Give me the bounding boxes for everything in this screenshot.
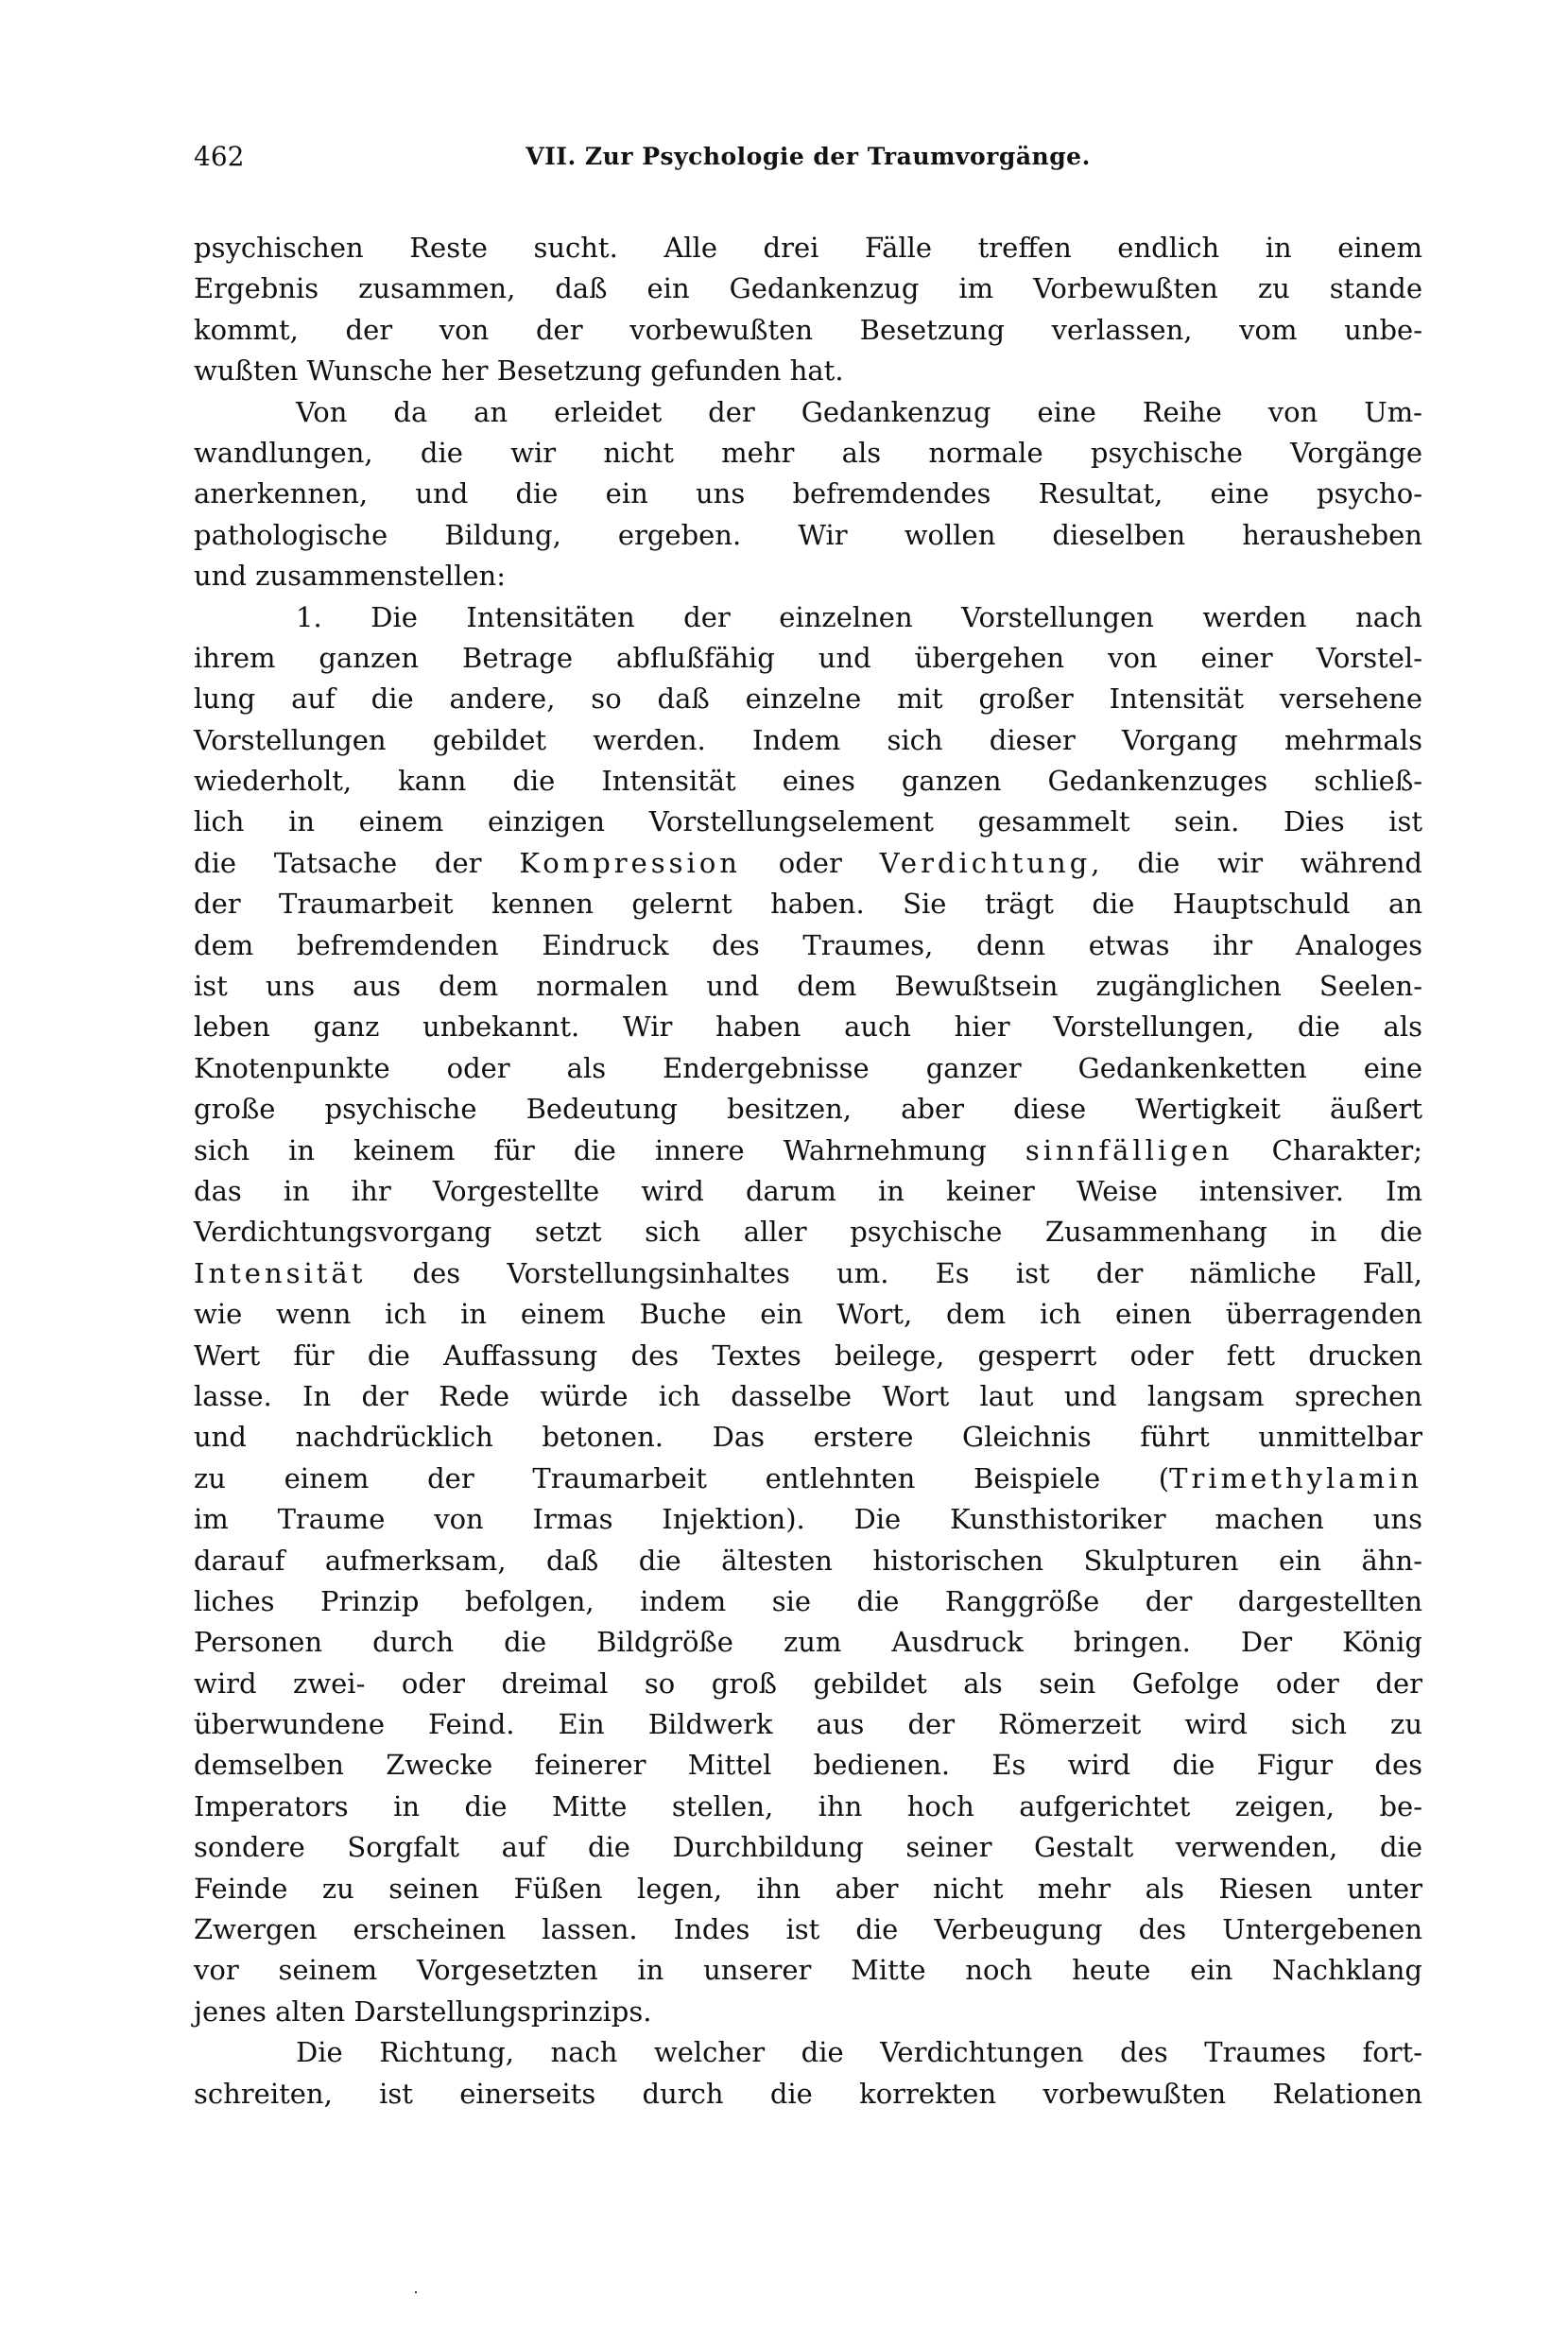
text-span: sondere Sorgfalt auf die Durchbildung se… <box>194 1831 1422 1863</box>
text-line: ihrem ganzen Betrage abflußfähig und übe… <box>194 638 1422 679</box>
text-line: Wert für die Auffassung des Textes beile… <box>194 1336 1422 1376</box>
text-span: und zusammenstellen: <box>194 560 506 592</box>
text-line: wandlungen, die wir nicht mehr als norma… <box>194 433 1422 474</box>
text-span: lung auf die andere, so daß einzelne mit… <box>194 682 1422 715</box>
text-line: Ergebnis zusammen, daß ein Gedankenzug i… <box>194 268 1422 309</box>
spaced-emphasis: sinnfälligen <box>1025 1134 1233 1166</box>
text-span: Personen durch die Bildgröße zum Ausdruc… <box>194 1626 1422 1658</box>
text-span: große psychische Bedeutung besitzen, abe… <box>194 1093 1422 1125</box>
text-line: lung auf die andere, so daß einzelne mit… <box>194 679 1422 719</box>
text-span: darauf aufmerksam, daß die ältesten hist… <box>194 1545 1422 1577</box>
text-span: wußten Wunsche her Besetzung gefunden ha… <box>194 354 844 387</box>
text-span: , die wir während <box>1091 847 1422 879</box>
text-span: Imperators in die Mitte stellen, ihn hoc… <box>194 1790 1422 1822</box>
text-line: pathologische Bildung, ergeben. Wir woll… <box>194 515 1422 556</box>
text-span: wiederholt, kann die Intensität eines ga… <box>194 765 1422 797</box>
text-line: jenes alten Darstellungsprinzips. <box>194 1992 1422 2032</box>
spaced-emphasis: Verdichtung <box>880 847 1092 879</box>
text-span: schreiten, ist einerseits durch die korr… <box>194 2078 1422 2110</box>
text-line: kommt, der von der vorbewußten Besetzung… <box>194 310 1422 351</box>
text-span: sich in keinem für die innere Wahrnehmun… <box>194 1134 1025 1166</box>
text-line: im Traume von Irmas Injektion). Die Kuns… <box>194 1499 1422 1540</box>
text-line: das in ihr Vorgestellte wird darum in ke… <box>194 1171 1422 1212</box>
text-span: Zwergen erscheinen lassen. Indes ist die… <box>194 1913 1422 1945</box>
text-line: demselben Zwecke feinerer Mittel bediene… <box>194 1745 1422 1786</box>
text-span: im Traume von Irmas Injektion). Die Kuns… <box>194 1503 1422 1535</box>
text-span: Wert für die Auffassung des Textes beile… <box>194 1339 1422 1372</box>
text-span: überwundene Feind. Ein Bildwerk aus der … <box>194 1708 1422 1740</box>
text-line: der Traumarbeit kennen gelernt haben. Si… <box>194 884 1422 924</box>
text-span: oder <box>741 847 880 879</box>
text-span: Die Richtung, nach welcher die Verdichtu… <box>296 2036 1422 2068</box>
text-span: liches Prinzip befolgen, indem sie die R… <box>194 1585 1422 1617</box>
text-span: jenes alten Darstellungsprinzips. <box>194 1995 651 2028</box>
text-span: demselben Zwecke feinerer Mittel bediene… <box>194 1749 1422 1781</box>
text-line: sondere Sorgfalt auf die Durchbildung se… <box>194 1827 1422 1868</box>
text-span: anerkennen, und die ein uns befremdendes… <box>194 477 1422 509</box>
text-line: dem befremdenden Eindruck des Traumes, d… <box>194 925 1422 966</box>
text-line: wie wenn ich in einem Buche ein Wort, de… <box>194 1294 1422 1335</box>
text-span: und nachdrücklich betonen. Das erstere G… <box>194 1421 1422 1453</box>
text-line: Imperators in die Mitte stellen, ihn hoc… <box>194 1787 1422 1827</box>
text-span: ist uns aus dem normalen und dem Bewußts… <box>194 970 1422 1002</box>
text-line: liches Prinzip befolgen, indem sie die R… <box>194 1581 1422 1622</box>
text-span: Verdichtungsvorgang setzt sich aller psy… <box>194 1216 1422 1248</box>
text-line: lasse. In der Rede würde ich dasselbe Wo… <box>194 1376 1422 1417</box>
text-line: Zwergen erscheinen lassen. Indes ist die… <box>194 1909 1422 1950</box>
text-line: 1. Die Intensitäten der einzelnen Vorste… <box>194 597 1422 638</box>
text-span: das in ihr Vorgestellte wird darum in ke… <box>194 1175 1422 1207</box>
text-span: zu einem der Traumarbeit entlehnten Beis… <box>194 1462 1169 1494</box>
text-line: Von da an erleidet der Gedankenzug eine … <box>194 392 1422 433</box>
text-line: Verdichtungsvorgang setzt sich aller psy… <box>194 1212 1422 1252</box>
text-line: anerkennen, und die ein uns befremdendes… <box>194 474 1422 514</box>
text-span: pathologische Bildung, ergeben. Wir woll… <box>194 519 1422 551</box>
text-line: Die Richtung, nach welcher die Verdichtu… <box>194 2032 1422 2073</box>
spaced-emphasis: Intensität <box>194 1257 366 1289</box>
body-text: psychischen Reste sucht. Alle drei Fälle… <box>194 228 1422 2115</box>
text-span: dem befremdenden Eindruck des Traumes, d… <box>194 929 1422 961</box>
text-line: Personen durch die Bildgröße zum Ausdruc… <box>194 1622 1422 1663</box>
text-span: Charakter; <box>1233 1134 1422 1166</box>
spaced-emphasis: Trimethylamin <box>1169 1462 1422 1494</box>
running-header: 462 VII. Zur Psychologie der Traumvorgän… <box>194 143 1422 171</box>
text-line: ist uns aus dem normalen und dem Bewußts… <box>194 966 1422 1007</box>
text-line: wird zwei- oder dreimal so groß gebildet… <box>194 1664 1422 1704</box>
text-span: vor seinem Vorgesetzten in unserer Mitte… <box>194 1954 1422 1986</box>
text-span: 1. Die Intensitäten der einzelnen Vorste… <box>296 601 1422 633</box>
text-line: leben ganz unbekannt. Wir haben auch hie… <box>194 1007 1422 1047</box>
spaced-emphasis: Kompression <box>519 847 741 879</box>
text-line: Knotenpunkte oder als Endergebnisse ganz… <box>194 1048 1422 1089</box>
text-span: Feinde zu seinen Füßen legen, ihn aber n… <box>194 1873 1422 1905</box>
text-line: wußten Wunsche her Besetzung gefunden ha… <box>194 351 1422 391</box>
text-line: psychischen Reste sucht. Alle drei Fälle… <box>194 228 1422 268</box>
text-span: Von da an erleidet der Gedankenzug eine … <box>296 396 1422 428</box>
book-page: 462 VII. Zur Psychologie der Traumvorgän… <box>0 0 1568 2331</box>
text-span: kommt, der von der vorbewußten Besetzung… <box>194 314 1422 346</box>
text-span: lich in einem einzigen Vorstellungseleme… <box>194 805 1422 837</box>
text-span: leben ganz unbekannt. Wir haben auch hie… <box>194 1010 1422 1043</box>
text-span: ihrem ganzen Betrage abflußfähig und übe… <box>194 642 1422 674</box>
text-span: wird zwei- oder dreimal so groß gebildet… <box>194 1667 1422 1700</box>
text-line: zu einem der Traumarbeit entlehnten Beis… <box>194 1459 1422 1499</box>
text-line: wiederholt, kann die Intensität eines ga… <box>194 761 1422 802</box>
scan-speck <box>415 2291 417 2293</box>
text-span: psychischen Reste sucht. Alle drei Fälle… <box>194 232 1422 264</box>
text-span: der Traumarbeit kennen gelernt haben. Si… <box>194 888 1422 920</box>
text-span: des Vorstellungsinhaltes um. Es ist der … <box>366 1257 1422 1289</box>
text-span: lasse. In der Rede würde ich dasselbe Wo… <box>194 1380 1422 1412</box>
text-line: die Tatsache der Kompression oder Verdic… <box>194 843 1422 884</box>
chapter-running-title: VII. Zur Psychologie der Traumvorgänge. <box>194 143 1422 171</box>
text-line: überwundene Feind. Ein Bildwerk aus der … <box>194 1704 1422 1745</box>
text-span: wie wenn ich in einem Buche ein Wort, de… <box>194 1298 1422 1330</box>
text-line: schreiten, ist einerseits durch die korr… <box>194 2074 1422 2115</box>
text-line: vor seinem Vorgesetzten in unserer Mitte… <box>194 1950 1422 1991</box>
text-line: große psychische Bedeutung besitzen, abe… <box>194 1089 1422 1130</box>
text-line: Intensität des Vorstellungsinhaltes um. … <box>194 1253 1422 1294</box>
text-span: die Tatsache der <box>194 847 519 879</box>
text-line: Vorstellungen gebildet werden. Indem sic… <box>194 720 1422 761</box>
text-line: sich in keinem für die innere Wahrnehmun… <box>194 1131 1422 1171</box>
text-line: und zusammenstellen: <box>194 556 1422 596</box>
text-line: lich in einem einzigen Vorstellungseleme… <box>194 802 1422 842</box>
text-span: Ergebnis zusammen, daß ein Gedankenzug i… <box>194 272 1422 304</box>
text-span: Vorstellungen gebildet werden. Indem sic… <box>194 724 1422 756</box>
text-span: wandlungen, die wir nicht mehr als norma… <box>194 437 1422 469</box>
text-line: und nachdrücklich betonen. Das erstere G… <box>194 1417 1422 1458</box>
text-line: darauf aufmerksam, daß die ältesten hist… <box>194 1541 1422 1581</box>
text-span: Knotenpunkte oder als Endergebnisse ganz… <box>194 1052 1422 1084</box>
text-line: Feinde zu seinen Füßen legen, ihn aber n… <box>194 1869 1422 1909</box>
